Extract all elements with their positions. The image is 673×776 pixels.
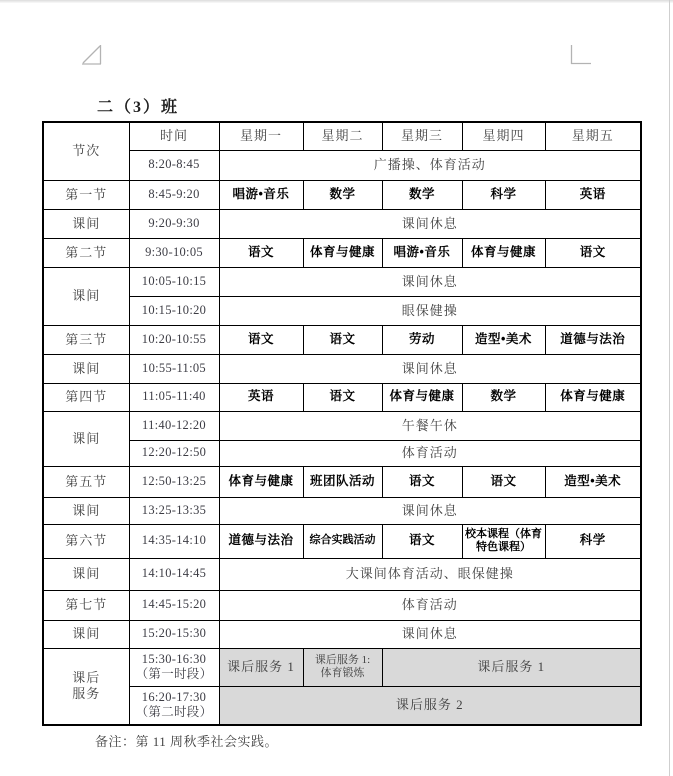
timetable-row: 第一节8:45-9:20唱游•音乐数学数学科学英语	[43, 180, 641, 209]
timetable-body: 节次时间星期一星期二星期三星期四星期五8:20-8:45广播操、体育活动第一节8…	[43, 122, 641, 725]
cell-subject: 造型•美术	[545, 466, 641, 497]
timetable-row: 课间11:40-12:20午餐午休	[43, 411, 641, 440]
cell-period: 课间	[43, 267, 129, 325]
cell-activity: 课间休息	[219, 354, 641, 383]
page-top-edge	[0, 0, 673, 3]
cell-header: 星期五	[545, 122, 641, 150]
timetable-row: 第五节12:50-13:25体育与健康班团队活动语文语文造型•美术	[43, 466, 641, 497]
cell-time: 8:20-8:45	[129, 150, 219, 180]
cell-header: 星期二	[303, 122, 382, 150]
cell-time: 9:20-9:30	[129, 209, 219, 238]
page-corner-mark-left-icon	[80, 44, 102, 66]
cell-time: 10:05-10:15	[129, 267, 219, 296]
cell-subject: 数学	[462, 383, 545, 411]
cell-period: 课间	[43, 209, 129, 238]
cell-time: 10:55-11:05	[129, 354, 219, 383]
cell-activity: 课间休息	[219, 620, 641, 648]
cell-header: 星期三	[382, 122, 462, 150]
cell-time: 10:15-10:20	[129, 296, 219, 325]
cell-time: 10:20-10:55	[129, 325, 219, 354]
timetable-row: 第四节11:05-11:40英语语文体育与健康数学体育与健康	[43, 383, 641, 411]
cell-period: 课间	[43, 497, 129, 524]
timetable-row: 课间14:10-14:45大课间体育活动、眼保健操	[43, 558, 641, 590]
cell-subject: 科学	[545, 524, 641, 558]
cell-time: 15:30-16:30 （第一时段）	[129, 648, 219, 686]
timetable-row: 课间9:20-9:30课间休息	[43, 209, 641, 238]
cell-period: 课后 服务	[43, 648, 129, 725]
class-title: 二（3）班	[97, 94, 179, 117]
timetable-row: 节次时间星期一星期二星期三星期四星期五	[43, 122, 641, 150]
timetable-row: 10:15-10:20眼保健操	[43, 296, 641, 325]
cell-header: 时间	[129, 122, 219, 150]
cell-subject: 劳动	[382, 325, 462, 354]
cell-subject: 语文	[545, 238, 641, 267]
cell-time: 9:30-10:05	[129, 238, 219, 267]
cell-subject: 英语	[545, 180, 641, 209]
cell-subject: 语文	[219, 325, 303, 354]
page-corner-mark-right-icon	[570, 44, 592, 66]
cell-subject: 造型•美术	[462, 325, 545, 354]
cell-subject: 英语	[219, 383, 303, 411]
cell-time: 12:20-12:50	[129, 440, 219, 466]
cell-subject: 道德与法治	[219, 524, 303, 558]
cell-subject: 语文	[219, 238, 303, 267]
timetable-row: 课间13:25-13:35课间休息	[43, 497, 641, 524]
cell-time: 11:05-11:40	[129, 383, 219, 411]
cell-subject: 语文	[303, 383, 382, 411]
timetable-row: 课间15:20-15:30课间休息	[43, 620, 641, 648]
cell-activity: 课后服务 1: 体育锻炼	[303, 648, 382, 686]
document-page: 二（3）班 节次时间星期一星期二星期三星期四星期五8:20-8:45广播操、体育…	[0, 0, 673, 776]
timetable-row: 课后 服务15:30-16:30 （第一时段）课后服务 1课后服务 1: 体育锻…	[43, 648, 641, 686]
timetable-row: 16:20-17:30 （第二时段）课后服务 2	[43, 686, 641, 725]
cell-subject: 数学	[382, 180, 462, 209]
cell-subject: 语文	[462, 466, 545, 497]
cell-time: 14:10-14:45	[129, 558, 219, 590]
cell-subject: 数学	[303, 180, 382, 209]
cell-time: 14:45-15:20	[129, 590, 219, 620]
cell-activity: 体育活动	[219, 590, 641, 620]
timetable-row: 第六节14:35-14:10道德与法治综合实践活动语文校本课程（体育特色课程）科…	[43, 524, 641, 558]
cell-activity: 课后服务 1	[219, 648, 303, 686]
cell-period: 第二节	[43, 238, 129, 267]
cell-subject: 体育与健康	[545, 383, 641, 411]
cell-activity: 大课间体育活动、眼保健操	[219, 558, 641, 590]
timetable: 节次时间星期一星期二星期三星期四星期五8:20-8:45广播操、体育活动第一节8…	[42, 121, 642, 726]
cell-time: 8:45-9:20	[129, 180, 219, 209]
cell-subject: 语文	[382, 524, 462, 558]
note: 备注：第 11 周秋季社会实践。	[95, 731, 278, 750]
cell-activity: 广播操、体育活动	[219, 150, 641, 180]
timetable-row: 第二节9:30-10:05语文体育与健康唱游•音乐体育与健康语文	[43, 238, 641, 267]
cell-time: 15:20-15:30	[129, 620, 219, 648]
cell-subject: 班团队活动	[303, 466, 382, 497]
cell-time: 16:20-17:30 （第二时段）	[129, 686, 219, 725]
cell-subject: 校本课程（体育特色课程）	[462, 524, 545, 558]
cell-time: 14:35-14:10	[129, 524, 219, 558]
cell-period: 课间	[43, 411, 129, 466]
cell-activity: 课间休息	[219, 267, 641, 296]
cell-subject: 体育与健康	[382, 383, 462, 411]
cell-subject: 唱游•音乐	[382, 238, 462, 267]
cell-activity: 眼保健操	[219, 296, 641, 325]
timetable-row: 8:20-8:45广播操、体育活动	[43, 150, 641, 180]
cell-activity: 体育活动	[219, 440, 641, 466]
cell-period: 第五节	[43, 466, 129, 497]
cell-time: 11:40-12:20	[129, 411, 219, 440]
cell-header: 星期四	[462, 122, 545, 150]
cell-activity: 午餐午休	[219, 411, 641, 440]
cell-subject: 唱游•音乐	[219, 180, 303, 209]
cell-period: 课间	[43, 354, 129, 383]
cell-period: 课间	[43, 620, 129, 648]
cell-period: 第六节	[43, 524, 129, 558]
cell-time: 12:50-13:25	[129, 466, 219, 497]
cell-activity: 课后服务 1	[382, 648, 641, 686]
cell-period: 第三节	[43, 325, 129, 354]
timetable-row: 12:20-12:50体育活动	[43, 440, 641, 466]
cell-subject: 体育与健康	[303, 238, 382, 267]
cell-subject: 体育与健康	[219, 466, 303, 497]
cell-period: 第七节	[43, 590, 129, 620]
cell-subject: 科学	[462, 180, 545, 209]
cell-period: 课间	[43, 558, 129, 590]
cell-period: 节次	[43, 122, 129, 180]
cell-activity: 课间休息	[219, 209, 641, 238]
cell-time: 13:25-13:35	[129, 497, 219, 524]
cell-header: 星期一	[219, 122, 303, 150]
cell-subject: 道德与法治	[545, 325, 641, 354]
cell-activity: 课后服务 2	[219, 686, 641, 725]
cell-subject: 语文	[303, 325, 382, 354]
cell-period: 第四节	[43, 383, 129, 411]
timetable-row: 第三节10:20-10:55语文语文劳动造型•美术道德与法治	[43, 325, 641, 354]
cell-activity: 课间休息	[219, 497, 641, 524]
page-right-edge	[669, 0, 670, 776]
timetable-row: 第七节14:45-15:20体育活动	[43, 590, 641, 620]
cell-subject: 综合实践活动	[303, 524, 382, 558]
timetable-row: 课间10:05-10:15课间休息	[43, 267, 641, 296]
cell-period: 第一节	[43, 180, 129, 209]
cell-subject: 语文	[382, 466, 462, 497]
timetable-row: 课间10:55-11:05课间休息	[43, 354, 641, 383]
cell-subject: 体育与健康	[462, 238, 545, 267]
